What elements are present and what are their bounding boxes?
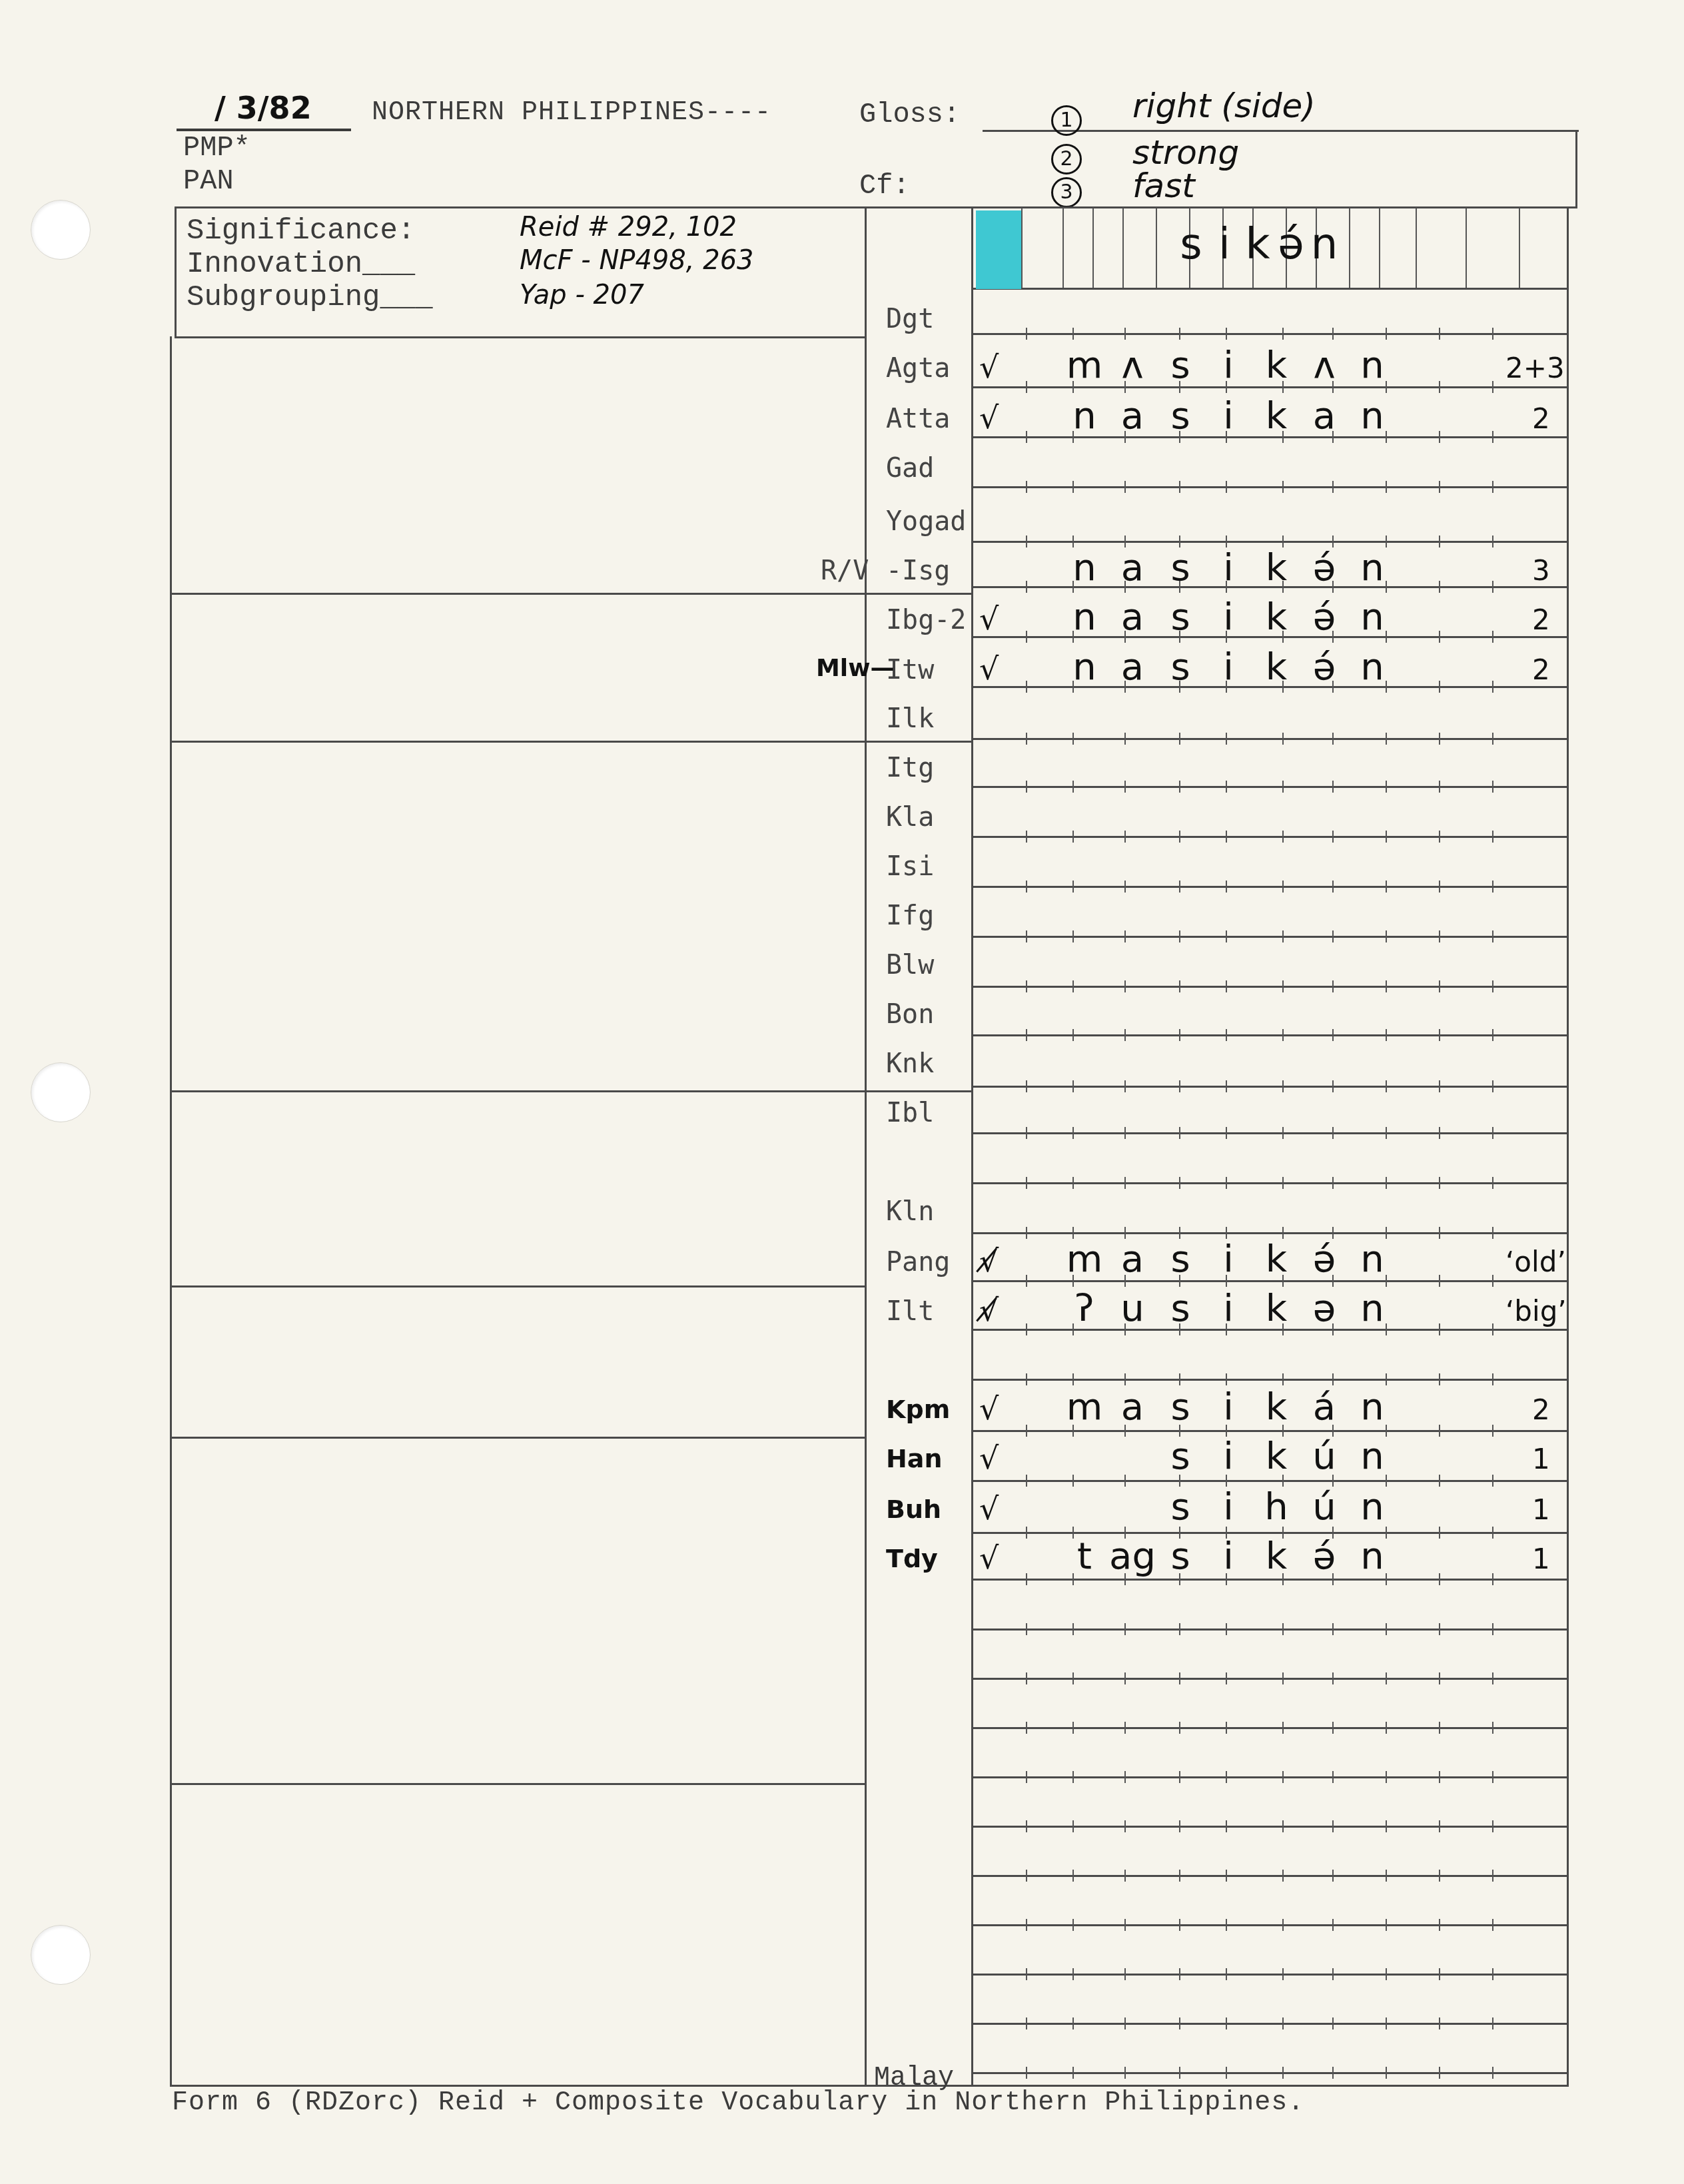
baseline-tick [1439,831,1440,843]
baseline-tick [1492,1771,1493,1783]
baseline-tick [1072,1127,1074,1139]
baseline-tick [1492,481,1493,493]
subgrouping-label: Subgrouping___ [187,281,433,314]
header-cell-divider [1466,208,1467,288]
baseline-tick [1026,431,1027,443]
baseline-tick [1226,1323,1227,1335]
baseline-tick [1026,1373,1027,1385]
section-divider [170,1285,865,1287]
form-segment: n [1340,546,1404,589]
section-divider [170,593,971,595]
entry-baseline [971,738,1567,740]
check-mark-icon: √ [979,601,999,637]
baseline-tick [1124,581,1126,593]
frame-left [170,336,172,2087]
baseline-tick [1386,930,1387,942]
baseline-tick [1124,1029,1126,1041]
binder-hole [31,200,91,260]
baseline-tick [1386,2017,1387,2029]
baseline-tick [1282,2017,1284,2029]
form-segment: n [1340,344,1404,387]
baseline-tick [1226,831,1227,843]
baseline-tick [1026,1870,1027,1882]
header-cell-divider [1519,208,1520,288]
baseline-tick [1386,733,1387,745]
baseline-tick [1439,1029,1440,1041]
baseline-tick [1124,831,1126,843]
baseline-tick [1439,1870,1440,1882]
entry-baseline [971,986,1567,988]
check-mark-icon: √̸ [979,1292,999,1328]
header-cell-divider [1122,208,1124,288]
language-label: Bon [886,999,934,1030]
baseline-tick [1072,1722,1074,1734]
baseline-tick [1179,1672,1180,1684]
baseline-tick [1439,631,1440,643]
pmp-label: PMP* [183,132,250,164]
reconstruction-letter: n [1298,220,1351,269]
baseline-tick [1439,581,1440,593]
form-segment: n [1340,645,1404,689]
section-divider [170,741,971,743]
baseline-tick [1386,481,1387,493]
baseline-tick [1226,1722,1227,1734]
baseline-tick [1282,1177,1284,1189]
baseline-tick [1072,481,1074,493]
baseline-tick [1179,1573,1180,1585]
baseline-tick [1179,1373,1180,1385]
baseline-tick [1492,581,1493,593]
entry-baseline [971,1875,1567,1877]
baseline-tick [1332,1029,1334,1041]
baseline-tick [1332,831,1334,843]
baseline-tick [1179,1177,1180,1189]
baseline-tick [1492,1623,1493,1635]
baseline-tick [1386,681,1387,693]
baseline-tick [1179,631,1180,643]
frame-left-top [175,206,177,337]
baseline-tick [1124,980,1126,992]
baseline-tick [1282,1968,1284,1980]
language-label: Ibg-2 [886,605,966,635]
baseline-tick [1226,2017,1227,2029]
baseline-tick [1439,733,1440,745]
baseline-tick [1332,1623,1334,1635]
baseline-tick [1124,2017,1126,2029]
entry-baseline [971,1629,1567,1631]
baseline-tick [1072,1919,1074,1931]
baseline-tick [1072,1820,1074,1832]
entry-baseline [971,2023,1567,2025]
baseline-tick [1439,1573,1440,1585]
baseline-tick [1072,1323,1074,1335]
baseline-tick [1492,1527,1493,1539]
baseline-tick [1226,581,1227,593]
check-mark-icon: √ [979,349,999,385]
language-label: Kln [886,1196,934,1227]
baseline-tick [1124,1771,1126,1783]
baseline-tick [1026,2017,1027,2029]
baseline-tick [1282,1080,1284,1092]
baseline-tick [1492,1127,1493,1139]
gloss-reference: 2+3 [1505,352,1565,384]
baseline-tick [1282,1820,1284,1832]
entry-baseline [971,1532,1567,1534]
baseline-tick [1386,381,1387,393]
baseline-tick [1226,431,1227,443]
baseline-tick [1072,1968,1074,1980]
baseline-tick [1026,1527,1027,1539]
significance-bottom [175,336,866,338]
baseline-tick [1386,1373,1387,1385]
baseline-tick [1226,631,1227,643]
baseline-tick [1439,980,1440,992]
baseline-tick [1179,1029,1180,1041]
baseline-tick [1072,1475,1074,1487]
header-cell-divider [1379,208,1380,288]
baseline-tick [1386,1919,1387,1931]
entry-baseline [971,1329,1567,1331]
baseline-tick [1386,1275,1387,1287]
baseline-tick [1226,381,1227,393]
baseline-tick [1439,1820,1440,1832]
baseline-tick [1332,1323,1334,1335]
header-cell-divider [1156,208,1157,288]
gloss-reference: 2 [1532,1393,1550,1426]
baseline-tick [1179,1323,1180,1335]
baseline-tick [1179,2017,1180,2029]
baseline-tick [1332,1919,1334,1931]
baseline-tick [1026,1820,1027,1832]
baseline-tick [1026,1323,1027,1335]
baseline-tick [1124,1373,1126,1385]
entry-baseline [971,786,1567,788]
baseline-tick [1332,930,1334,942]
language-label: Tdy [886,1544,938,1573]
language-label: Kpm [886,1395,950,1424]
entry-baseline [971,1182,1567,1184]
baseline-tick [1332,328,1334,340]
baseline-tick [1124,1425,1126,1437]
baseline-tick [1226,1771,1227,1783]
baseline-tick [1026,1623,1027,1635]
baseline-tick [1439,536,1440,547]
baseline-tick [1439,881,1440,893]
baseline-tick [1124,1870,1126,1882]
baseline-tick [1492,1722,1493,1734]
baseline-tick [1492,681,1493,693]
baseline-tick [1282,1771,1284,1783]
entry-baseline [971,1678,1567,1680]
baseline-tick [1124,431,1126,443]
baseline-tick [1124,1722,1126,1734]
baseline-tick [1124,1573,1126,1585]
baseline-tick [1282,1373,1284,1385]
baseline-tick [1124,1475,1126,1487]
baseline-tick [1492,2067,1493,2079]
baseline-tick [1179,1623,1180,1635]
baseline-tick [1179,1771,1180,1783]
baseline-tick [1439,1177,1440,1189]
baseline-tick [1332,2017,1334,2029]
baseline-tick [1026,930,1027,942]
gloss-reference: 1 [1532,1543,1550,1575]
entry-baseline [971,1034,1567,1036]
form-segment: n [1340,394,1404,438]
frame-top [175,206,1577,208]
check-mark-icon: √̸ [979,1243,999,1279]
baseline-tick [1332,381,1334,393]
baseline-tick [1492,536,1493,547]
entry-baseline [971,936,1567,938]
header-cell-divider [1092,208,1094,288]
language-label: Han [886,1444,943,1473]
baseline-tick [1332,781,1334,793]
baseline-tick [1439,1127,1440,1139]
baseline-tick [1226,881,1227,893]
section-divider [170,1783,865,1785]
baseline-tick [1179,1820,1180,1832]
baseline-tick [1332,1771,1334,1783]
baseline-tick [1026,1425,1027,1437]
baseline-tick [1332,2067,1334,2079]
entry-baseline [971,1280,1567,1282]
baseline-tick [1439,2017,1440,2029]
baseline-tick [1439,381,1440,393]
baseline-tick [1124,1820,1126,1832]
language-label: Kla [886,802,934,833]
baseline-tick [1026,681,1027,693]
baseline-tick [1386,980,1387,992]
entry-baseline [971,1579,1567,1581]
baseline-tick [1124,881,1126,893]
baseline-tick [1026,1573,1027,1585]
baseline-tick [1072,681,1074,693]
date-underline [177,129,351,131]
baseline-tick [1179,481,1180,493]
entry-baseline [971,1727,1567,1729]
baseline-tick [1492,1475,1493,1487]
gloss-text-1: right (side) [1132,87,1316,125]
baseline-tick [1492,1820,1493,1832]
baseline-tick [1179,431,1180,443]
baseline-tick [1026,1722,1027,1734]
baseline-tick [1386,1080,1387,1092]
gloss-reference: ‘big’ [1505,1295,1567,1327]
baseline-tick [1492,1373,1493,1385]
pan-label: PAN [183,165,234,197]
baseline-tick [1124,1127,1126,1139]
baseline-tick [1226,1177,1227,1189]
baseline-tick [1492,328,1493,340]
baseline-tick [1439,1275,1440,1287]
baseline-tick [1386,631,1387,643]
baseline-tick [1282,1672,1284,1684]
baseline-tick [1226,781,1227,793]
language-label: -Isg [886,555,950,586]
baseline-tick [1492,1870,1493,1882]
language-label: Blw [886,950,934,980]
baseline-tick [1072,831,1074,843]
entry-baseline [971,436,1567,438]
baseline-tick [1026,1672,1027,1684]
entry-baseline [971,1086,1567,1088]
baseline-tick [1124,1177,1126,1189]
baseline-tick [1386,1771,1387,1783]
language-column-right [971,206,973,2087]
language-prefix: R/V [821,555,869,586]
baseline-tick [1492,1029,1493,1041]
baseline-tick [1332,1722,1334,1734]
baseline-tick [1026,1475,1027,1487]
baseline-tick [1026,980,1027,992]
baseline-tick [1026,881,1027,893]
language-label: Ifg [886,901,934,931]
baseline-tick [1386,881,1387,893]
baseline-tick [1124,1080,1126,1092]
baseline-tick [1226,930,1227,942]
baseline-tick [1072,1373,1074,1385]
baseline-tick [1439,1919,1440,1931]
baseline-tick [1026,1227,1027,1239]
baseline-tick [1026,1029,1027,1041]
baseline-tick [1072,930,1074,942]
baseline-tick [1179,581,1180,593]
baseline-tick [1332,1820,1334,1832]
baseline-tick [1282,930,1284,942]
baseline-tick [1282,581,1284,593]
baseline-tick [1124,1323,1126,1335]
baseline-tick [1124,681,1126,693]
baseline-tick [1492,431,1493,443]
entry-baseline [971,333,1567,335]
baseline-tick [1179,328,1180,340]
baseline-tick [1226,681,1227,693]
form-segment: n [1340,1435,1404,1478]
check-mark-icon: √ [979,1491,999,1527]
baseline-tick [1332,1573,1334,1585]
form-date: / 3/82 [214,90,312,126]
baseline-tick [1072,1275,1074,1287]
baseline-tick [1179,681,1180,693]
baseline-tick [1072,1177,1074,1189]
baseline-tick [1282,1919,1284,1931]
baseline-tick [1179,980,1180,992]
baseline-tick [1332,1968,1334,1980]
gloss-number-1: 1 [1051,105,1082,136]
baseline-tick [1332,1870,1334,1882]
baseline-tick [1332,1373,1334,1385]
gloss-reference: ‘old’ [1505,1246,1566,1278]
baseline-tick [1179,1275,1180,1287]
baseline-tick [1386,581,1387,593]
baseline-tick [1026,1275,1027,1287]
language-label: Isi [886,851,934,882]
check-mark-icon: √ [979,651,999,687]
baseline-tick [1072,733,1074,745]
baseline-tick [1282,831,1284,843]
baseline-tick [1492,831,1493,843]
baseline-tick [1179,1870,1180,1882]
baseline-tick [1026,1771,1027,1783]
entry-baseline [971,1430,1567,1432]
entry-baseline [971,886,1567,888]
entry-baseline [971,386,1567,388]
baseline-tick [1439,431,1440,443]
baseline-tick [1439,1080,1440,1092]
baseline-tick [1332,733,1334,745]
gloss-reference: 1 [1532,1443,1550,1475]
baseline-tick [1492,1425,1493,1437]
baseline-tick [1492,1672,1493,1684]
entry-baseline [971,586,1567,588]
baseline-tick [1492,1919,1493,1931]
baseline-tick [1072,1573,1074,1585]
baseline-tick [1226,328,1227,340]
gloss-number-2: 2 [1051,144,1082,175]
baseline-tick [1439,481,1440,493]
baseline-tick [1492,781,1493,793]
baseline-tick [1439,2067,1440,2079]
baseline-tick [1282,1323,1284,1335]
section-divider [170,1090,971,1092]
baseline-tick [1179,881,1180,893]
baseline-tick [1179,930,1180,942]
language-column-left [865,206,867,2087]
entry-baseline [971,1379,1567,1381]
baseline-tick [1439,781,1440,793]
baseline-tick [1124,631,1126,643]
baseline-tick [1282,781,1284,793]
reference-yap: Yap - 207 [520,280,644,310]
baseline-tick [1124,733,1126,745]
gloss-text-3: fast [1132,167,1195,205]
baseline-tick [1439,1623,1440,1635]
baseline-tick [1282,1127,1284,1139]
baseline-tick [1026,1080,1027,1092]
baseline-tick [1386,1722,1387,1734]
baseline-tick [1179,2067,1180,2079]
baseline-tick [1026,1177,1027,1189]
header-cell-divider [1416,208,1417,288]
baseline-tick [1386,431,1387,443]
baseline-tick [1492,1968,1493,1980]
header-cell-divider [1062,208,1064,288]
check-mark-icon: √ [979,1540,999,1576]
entry-baseline [971,541,1567,543]
baseline-tick [1282,631,1284,643]
baseline-tick [1439,1968,1440,1980]
baseline-tick [1386,1968,1387,1980]
baseline-tick [1226,1623,1227,1635]
baseline-tick [1124,2067,1126,2079]
gloss-reference: 3 [1532,554,1550,587]
baseline-tick [1282,2067,1284,2079]
baseline-tick [1332,1127,1334,1139]
baseline-tick [1179,781,1180,793]
baseline-tick [1282,1275,1284,1287]
baseline-tick [1026,381,1027,393]
baseline-tick [1439,328,1440,340]
baseline-tick [1226,1870,1227,1882]
entry-baseline [971,1232,1567,1234]
baseline-tick [1386,781,1387,793]
baseline-tick [1179,1127,1180,1139]
entry-baseline [971,836,1567,838]
header-cell-divider [1021,208,1023,288]
form-segment: n [1340,1287,1404,1330]
baseline-tick [1124,781,1126,793]
